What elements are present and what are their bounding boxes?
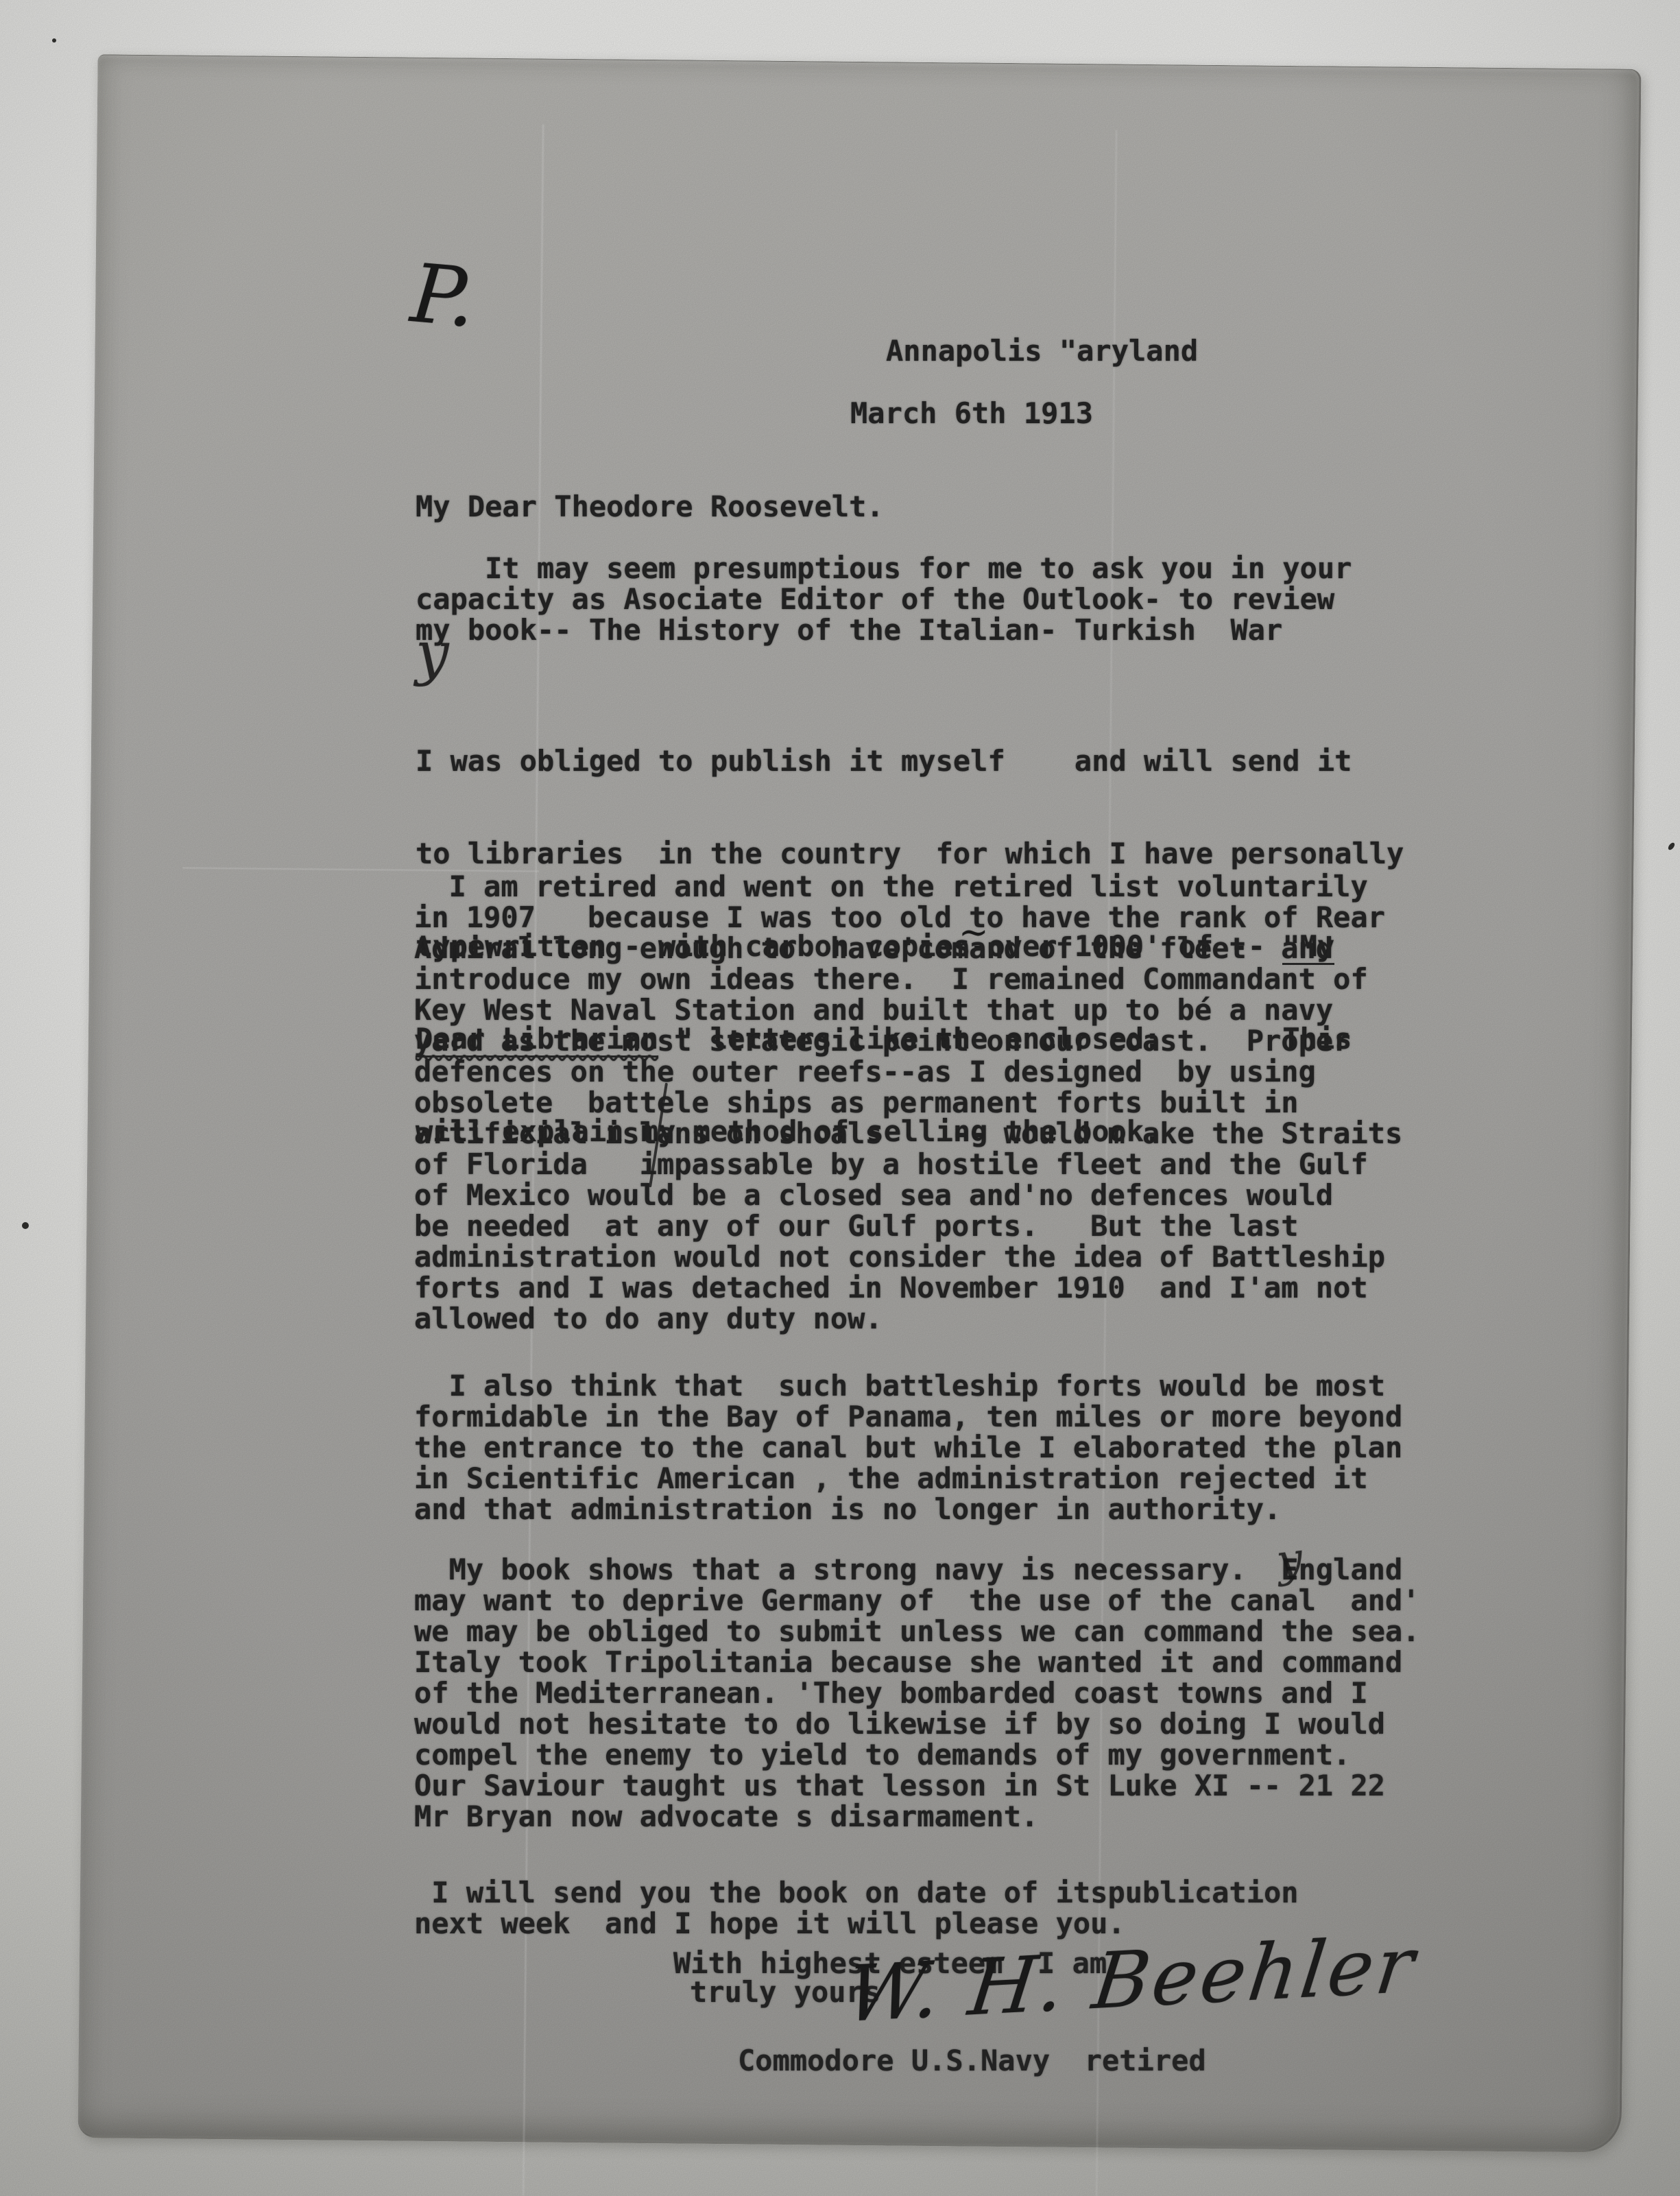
paragraph-5: My book shows that a strong navy is nece… <box>414 1554 1420 1832</box>
handwritten-y-correction: y <box>416 619 449 688</box>
dust-speck <box>52 38 56 43</box>
paragraph-3: I am retired and went on the retired lis… <box>414 871 1402 1334</box>
place-line: Annapolis "aryland <box>886 335 1198 366</box>
dust-speck <box>22 1222 29 1229</box>
date-line: March 6th 1913 <box>850 398 1093 429</box>
paragraph-1: It may seem presumptious for me to ask y… <box>416 553 1352 645</box>
signature-title-line: Commodore U.S.Navy retired <box>738 2045 1206 2076</box>
salutation: My Dear Theodore Roosevelt. <box>416 491 884 522</box>
paragraph-4: I also think that such battleship forts … <box>414 1370 1402 1525</box>
paragraph-6: I will send you the book on date of itsp… <box>414 1877 1299 1939</box>
paragraph-2-line-2: to libraries in the country for which I … <box>416 838 1404 869</box>
photo-background: P. Annapolis "aryland March 6th 1913 My … <box>0 0 1680 2196</box>
paragraph-2-line-1: I was obliged to publish it myself and w… <box>416 745 1404 776</box>
handwritten-page-mark: P. <box>407 246 479 346</box>
dust-speck <box>1667 842 1676 851</box>
handwritten-tilde-mark: ~ <box>959 912 989 953</box>
